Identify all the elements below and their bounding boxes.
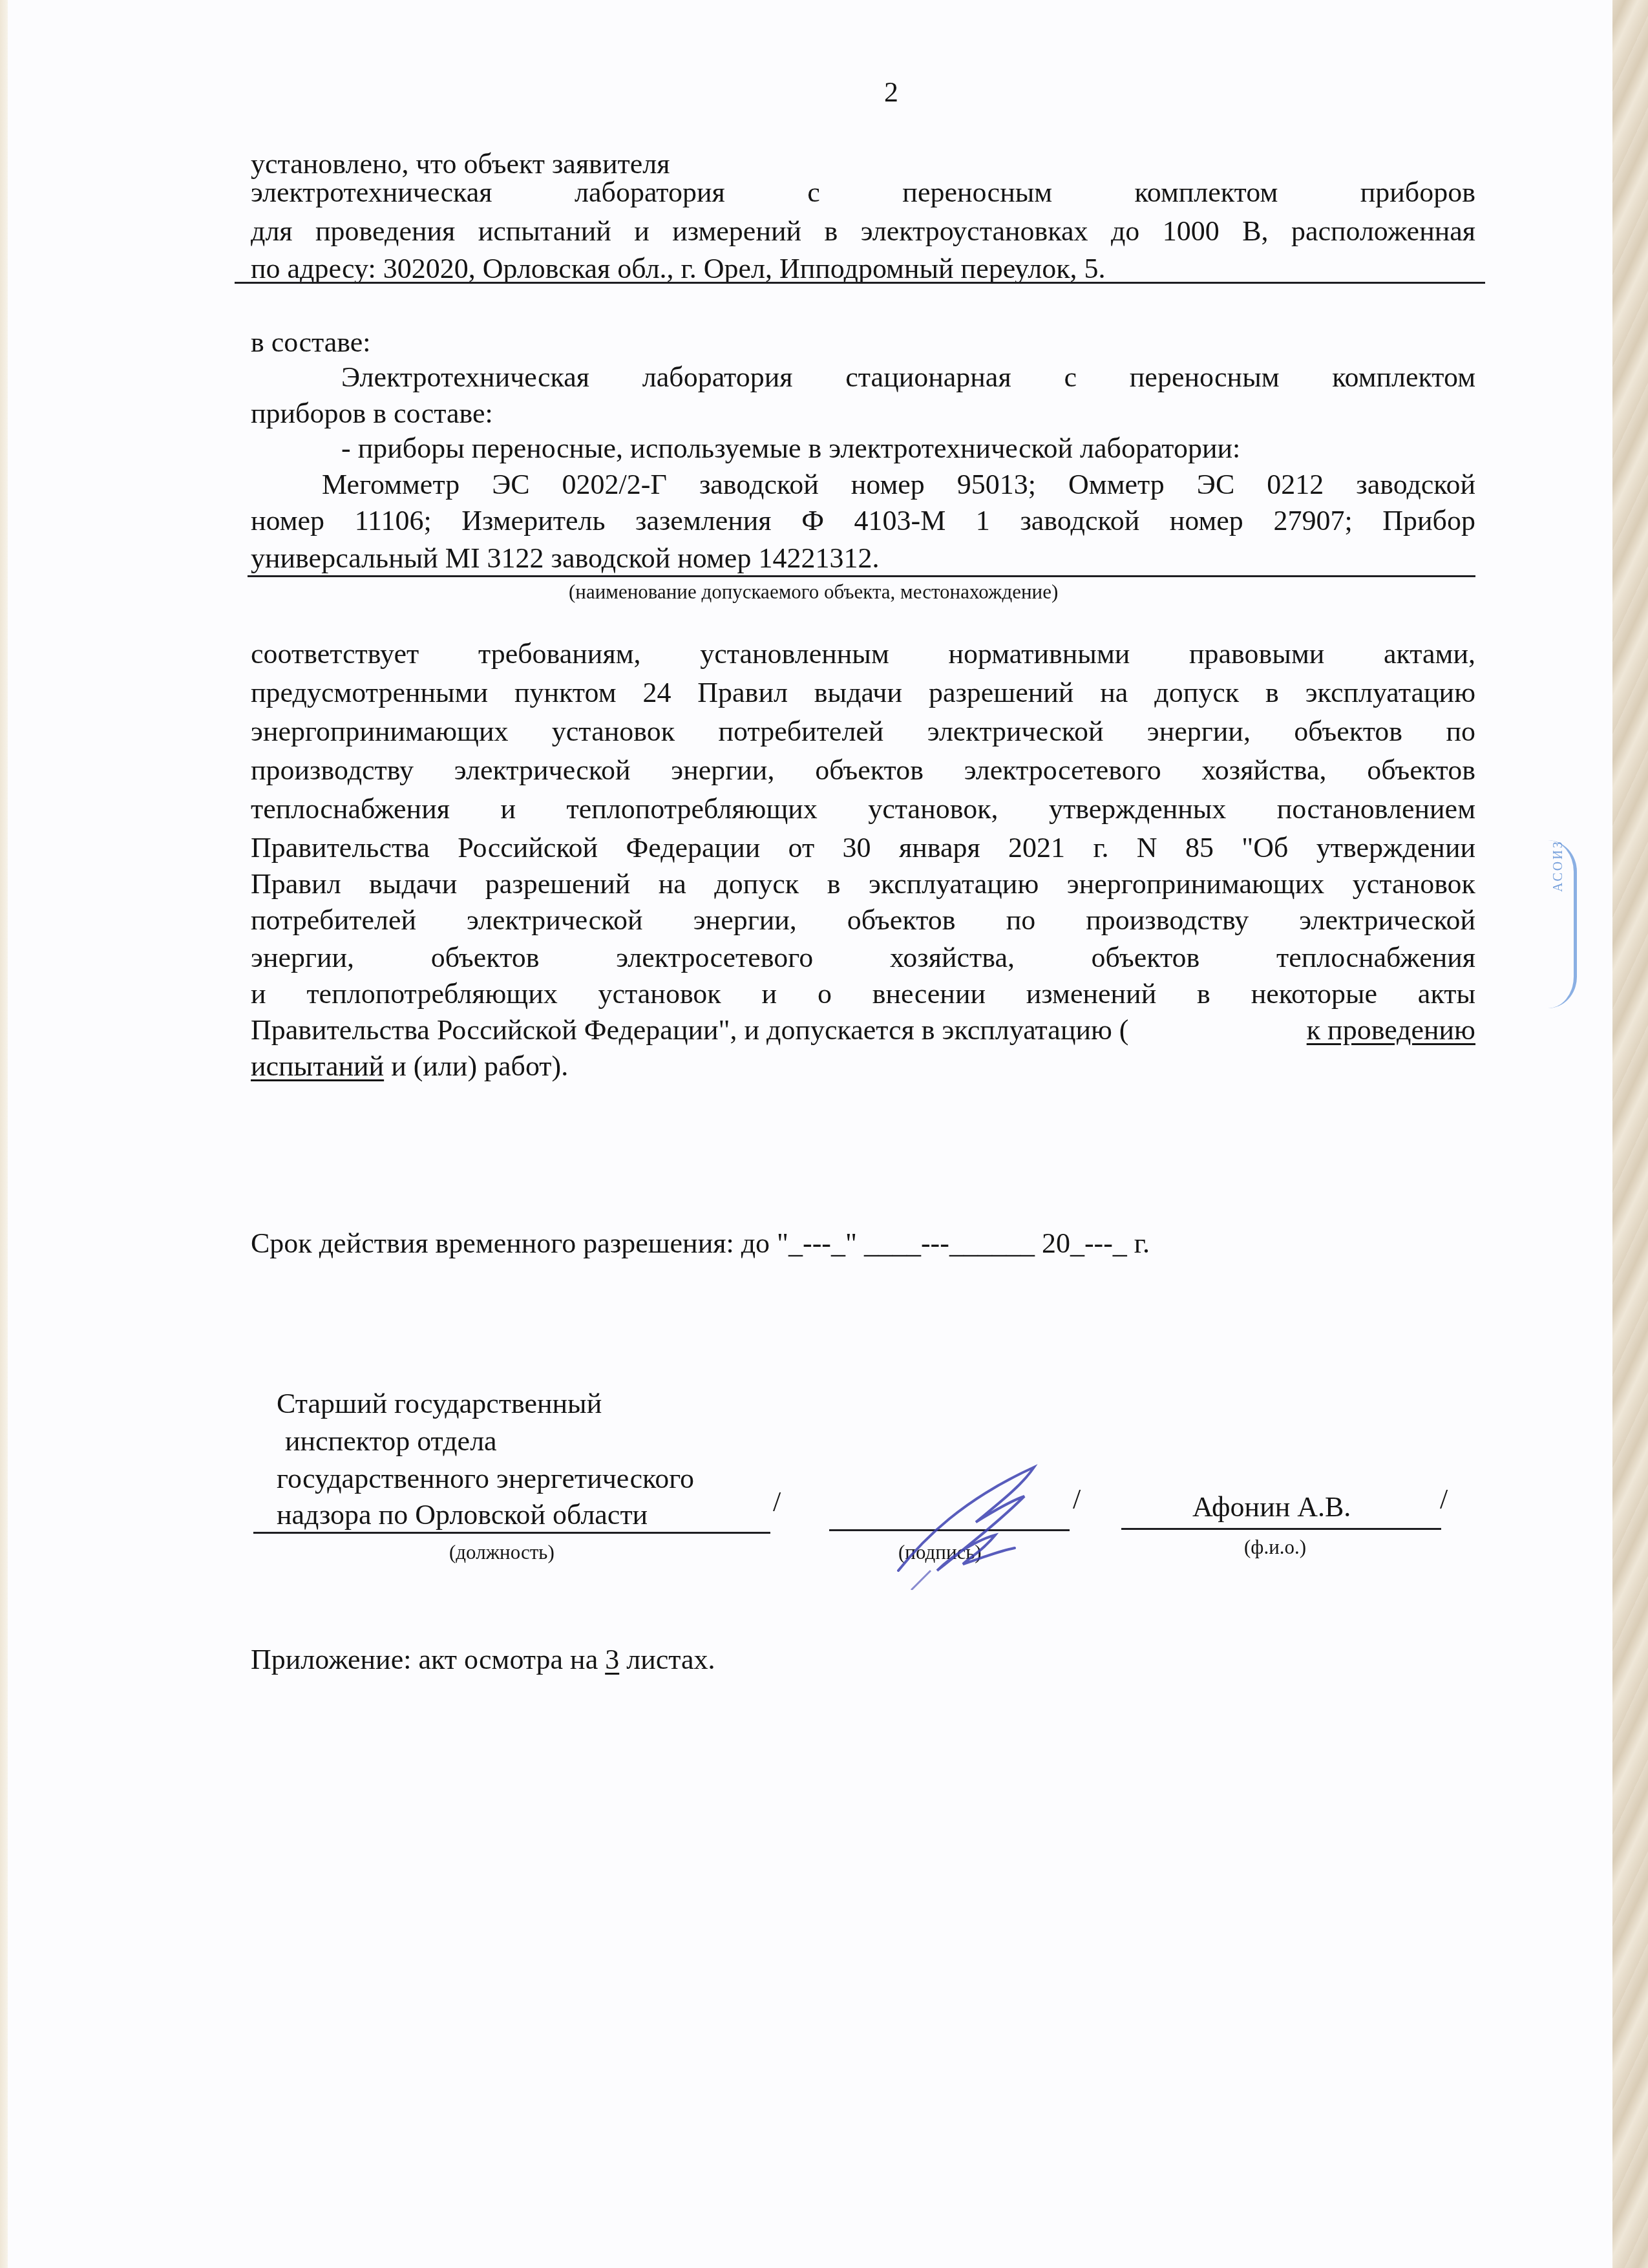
- validity-quote: ": [845, 1227, 864, 1259]
- composition-line-5: номер 11106; Измеритель заземления Ф 410…: [251, 502, 1475, 540]
- page-left-edge: [0, 0, 8, 2268]
- conformity-line-4: производству электрической энергии, объе…: [251, 751, 1475, 790]
- intro-line-2: электротехническая лаборатория с перенос…: [251, 173, 1475, 212]
- handwritten-signature: [885, 1461, 1079, 1590]
- conformity-line-8: потребителей электрической энергии, объе…: [251, 901, 1475, 940]
- conformity-line-10: и теплопотребляющих установок и о внесен…: [251, 975, 1475, 1013]
- position-line-2: инспектор отдела: [278, 1422, 497, 1461]
- conformity-line-11-text: Правительства Российской Федерации", и д…: [251, 1011, 1129, 1050]
- validity-day: _---_: [788, 1227, 845, 1259]
- attachment-line: Приложение: акт осмотра на 3 листах.: [251, 1640, 715, 1679]
- attachment-count: 3: [605, 1644, 619, 1675]
- composition-line-1: Электротехническая лаборатория стационар…: [341, 358, 1475, 397]
- conformity-line-12-text: и (или) работ).: [384, 1050, 568, 1082]
- conformity-underlined-2: испытаний: [251, 1050, 384, 1082]
- conformity-line-5: теплоснабжения и теплопотребляющих устан…: [251, 790, 1475, 829]
- composition-heading: в составе:: [251, 323, 371, 362]
- name-caption: (ф.и.о.): [1244, 1536, 1306, 1559]
- name-underline: [1121, 1528, 1441, 1530]
- document-page: [0, 0, 1612, 2268]
- composition-line-4: Мегомметр ЭС 0202/2-Г заводской номер 95…: [322, 465, 1475, 504]
- validity-month: ____---______: [864, 1227, 1035, 1259]
- composition-line-2: приборов в составе:: [251, 394, 493, 433]
- validity-year: _---_: [1070, 1227, 1127, 1259]
- position-underline: [253, 1532, 770, 1534]
- object-caption: (наименование допускаемого объекта, мест…: [569, 580, 1058, 604]
- object-underline: [248, 575, 1475, 577]
- conformity-line-1: соответствует требованиям, установленным…: [251, 635, 1475, 673]
- separator-3: /: [1440, 1480, 1448, 1519]
- position-caption: (должность): [449, 1541, 555, 1564]
- validity-suffix: г.: [1127, 1227, 1150, 1259]
- validity-year-prefix: 20: [1035, 1227, 1070, 1259]
- composition-line-3: - приборы переносные, используемые в эле…: [341, 429, 1240, 468]
- conformity-line-9: энергии, объектов электросетевого хозяйс…: [251, 938, 1475, 977]
- signer-name: Афонин А.В.: [1192, 1488, 1351, 1527]
- address-underline: [235, 282, 1485, 284]
- position-line-4: надзора по Орловской области: [277, 1496, 648, 1534]
- conformity-line-6: Правительства Российской Федерации от 30…: [251, 829, 1475, 867]
- conformity-line-3: энергопринимающих установок потребителей…: [251, 712, 1475, 751]
- conformity-line-12: испытаний и (или) работ).: [251, 1047, 568, 1086]
- page-number: 2: [884, 73, 898, 112]
- conformity-line-7: Правил выдачи разрешений на допуск в экс…: [251, 865, 1475, 904]
- intro-line-3: для проведения испытаний и измерений в э…: [251, 212, 1475, 251]
- attachment-post: листах.: [619, 1644, 715, 1675]
- attachment-pre: Приложение: акт осмотра на: [251, 1644, 605, 1675]
- conformity-underlined-1: к проведению: [1307, 1011, 1475, 1050]
- validity-line: Срок действия временного разрешения: до …: [251, 1224, 1150, 1263]
- conformity-line-2: предусмотренными пунктом 24 Правил выдач…: [251, 673, 1475, 712]
- scan-background-strip: [1612, 0, 1648, 2268]
- validity-label: Срок действия временного разрешения: до …: [251, 1227, 788, 1259]
- stamp-text: АСОИЗ: [1551, 840, 1566, 892]
- position-line-3: государственного энергетического: [277, 1459, 694, 1498]
- separator-1: /: [773, 1483, 781, 1521]
- composition-line-6: универсальный MI 3122 заводской номер 14…: [251, 539, 879, 578]
- conformity-line-11: Правительства Российской Федерации", и д…: [251, 1011, 1475, 1050]
- position-line-1: Старший государственный: [277, 1384, 602, 1423]
